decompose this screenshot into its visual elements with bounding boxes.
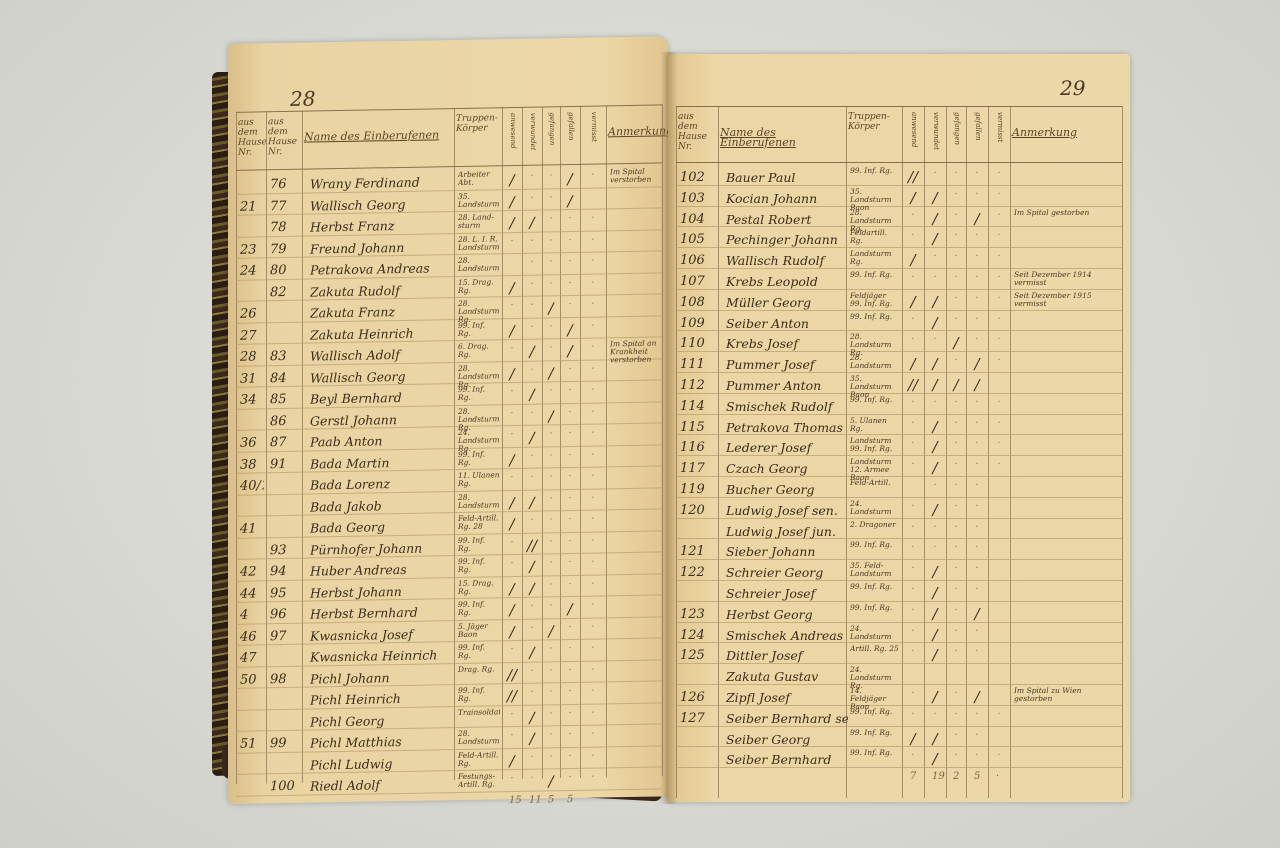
status-mark-c3: · [946,293,966,304]
status-mark-c2: · [522,257,542,268]
status-mark-c4: · [966,168,988,179]
status-mark-c3: · [946,626,966,637]
status-mark-c4: / [966,355,988,373]
cell-unit: 99. Inf. Rg. [850,749,900,757]
status-mark-c2: / [924,626,946,644]
status-mark-c4: · [966,272,988,283]
cell-house [270,693,300,694]
cell-house: 111 [680,357,716,372]
cell-unit: 11. Ulanen Rg. [458,471,500,488]
status-mark-c1: / [502,622,522,640]
cell-unit: 99. Inf. Rg. [458,686,500,703]
status-mark-c3: · [542,213,560,224]
status-mark-c3: · [946,730,966,741]
status-mark-c2: / [924,293,946,311]
status-mark-c3: · [542,278,560,289]
cell-unit: 28. Landsturm [458,256,500,273]
status-mark-c5: · [580,771,606,782]
status-mark-c3: · [542,579,560,590]
cell-house [270,757,300,758]
cell-name: Schreier Josef [726,586,848,601]
status-mark-c2: / [522,558,542,576]
cell-note [610,619,660,620]
status-mark-c2: / [522,429,542,447]
status-mark-c1: · [902,314,924,325]
status-mark-c5: · [988,709,1010,720]
status-mark-c5: · [580,578,606,589]
cell-house: 79 [270,241,300,257]
cell-margin: 26 [240,306,264,321]
status-mark-c5: · [988,293,1010,304]
status-mark-c1: · [902,688,924,699]
cell-name: Zakuta Franz [310,303,456,321]
status-mark-c2: · [924,397,946,408]
column-header-c5: vermisst [589,112,599,162]
cell-name: Kocian Johann [726,191,848,206]
cell-unit: Trainsoldat [458,708,500,717]
cell-margin: 31 [240,371,264,386]
cell-name: Wallisch Georg [310,368,456,386]
cell-unit: Arbeiter Abt. [458,170,500,187]
book-spine-gutter [660,52,678,804]
column-header-c3: gefangen [547,112,557,162]
cell-unit: 99. Inf. Rg. [458,557,500,574]
cell-name: Krebs Josef [726,336,848,351]
cell-unit: Feldartill. Rg. [850,229,900,245]
column-rule [266,111,267,783]
cell-name: Pummer Josef [726,357,848,372]
cell-unit: 24. Landsturm [850,500,900,516]
column-rule [236,112,237,784]
cell-unit: Feld-Artill. Rg. 28 [458,514,500,531]
status-mark-c1: / [502,751,522,769]
status-mark-c3: · [946,210,966,221]
cell-house: 86 [270,413,300,429]
cell-unit: 99. Inf. Rg. [850,604,900,612]
cell-name: Bada Lorenz [310,475,456,493]
cell-house: 98 [270,671,300,687]
cell-unit: 5. Jäger Baon [458,622,500,639]
status-mark-c4: · [560,492,580,503]
status-mark-c2: / [924,730,946,748]
status-mark-c3: · [542,600,560,611]
status-mark-c3: · [542,751,560,762]
status-mark-c5: · [988,314,1010,325]
status-mark-c1: · [902,397,924,408]
status-mark-c3: · [542,514,560,525]
status-mark-c5: · [988,168,1010,179]
status-mark-c1: · [902,438,924,449]
cell-name: Wallisch Adolf [310,346,456,364]
cell-house: 100 [270,779,300,795]
status-mark-c3: · [542,729,560,740]
column-rule [718,106,719,798]
column-total-c2: 11 [529,794,542,805]
cell-name: Pechinger Johann [726,232,848,247]
status-mark-c4: · [560,535,580,546]
status-mark-c3: / [946,334,966,352]
status-mark-c2: / [924,210,946,228]
status-mark-c1: · [502,300,522,311]
status-mark-c1: / [502,171,522,189]
status-mark-c1: / [502,515,522,533]
cell-unit: 99. Inf. Rg. [458,321,500,338]
status-mark-c2: / [522,730,542,748]
cell-margin: 23 [240,242,264,257]
status-mark-c1: · [902,563,924,574]
cell-unit: 28. Landsturm [458,729,500,746]
cell-name: Zakuta Heinrich [310,325,456,343]
status-mark-c2: / [522,708,542,726]
cell-unit: 99. Inf. Rg. [458,536,500,553]
status-mark-c4: · [966,542,988,553]
status-mark-c3: · [946,605,966,616]
status-mark-c1: · [902,709,924,720]
column-header-house_no: aus dem Hause Nr. [268,117,300,158]
status-mark-c4: · [560,256,580,267]
status-mark-c4: · [966,522,988,533]
column-rule [542,107,543,779]
cell-note [610,554,660,555]
status-mark-c3: · [542,643,560,654]
cell-unit: Feld-Artill. Rg. [458,751,500,768]
status-mark-c2: · [924,168,946,179]
status-mark-c3: · [946,272,966,283]
cell-name: Paab Anton [310,432,456,450]
cell-house: 85 [270,392,300,408]
cell-name: Pichl Johann [310,669,456,687]
status-mark-c2: / [924,230,946,248]
status-mark-c2: / [924,688,946,706]
cell-name: Riedl Adolf [310,776,456,794]
status-mark-c4: · [560,277,580,288]
status-mark-c1: · [502,644,522,655]
status-mark-c3: · [946,688,966,699]
status-mark-c1: / [502,450,522,468]
status-mark-c2: · [924,542,946,553]
status-mark-c4: · [560,557,580,568]
status-mark-c2: · [522,321,542,332]
status-mark-c3: · [946,251,966,262]
status-mark-c2: / [924,189,946,207]
status-mark-c3: · [946,418,966,429]
cell-margin: 38 [240,457,264,472]
cell-unit: 99. Inf. Rg. [850,583,900,591]
status-mark-c2: · [522,235,542,246]
status-mark-c5: · [580,363,606,374]
cell-house: 96 [270,607,300,623]
status-mark-c5: · [580,664,606,675]
status-mark-c5: · [580,492,606,503]
cell-note [610,726,660,727]
cell-name: Lederer Josef [726,440,848,455]
cell-unit: 28. Landsturm [458,493,500,510]
status-mark-c4: / [966,210,988,228]
status-mark-c3: / [542,622,560,640]
cell-name: Kwasnicka Josef [310,626,456,644]
cell-unit: Drag. Rg. [458,665,500,674]
cell-unit: Landsturm Rg. [850,250,900,266]
status-mark-c2: · [522,773,542,784]
status-mark-c2: / [924,646,946,664]
status-mark-c1: · [502,472,522,483]
cell-name: Bauer Paul [726,170,848,185]
status-mark-c1: / [502,364,522,382]
column-header-unit: Truppen-Körper [456,113,500,134]
cell-name: Huber Andreas [310,561,456,579]
cell-house: 116 [680,440,716,455]
status-mark-c3: · [542,471,560,482]
column-header-c3: gefangen [952,112,962,162]
cell-house: 99 [270,736,300,752]
status-mark-c1: / [902,189,924,207]
cell-unit: 2. Dragoner [850,521,900,529]
column-header-c4: gefallen [566,112,576,162]
column-total-c4: 5 [567,793,573,804]
cell-house: 106 [680,253,716,268]
cell-margin: 36 [240,435,264,450]
cell-unit: 99. Inf. Rg. [850,313,900,321]
cell-note [610,296,660,297]
status-mark-c3: · [542,536,560,547]
column-header-name: Name des Einberufenen [720,128,844,148]
cell-house: 78 [270,220,300,236]
cell-name: Sieber Johann [726,544,848,559]
status-mark-c4: / [560,191,580,209]
cell-margin: 44 [240,586,264,601]
page-number-right: 29 [1060,76,1085,100]
cell-name: Herbst Bernhard [310,604,456,622]
status-mark-c2: · [522,687,542,698]
status-mark-c1: / [502,321,522,339]
cell-name: Wallisch Rudolf [726,253,848,268]
status-mark-c4: · [560,578,580,589]
cell-house [270,499,300,500]
status-mark-c1: · [902,542,924,553]
cell-name: Bada Martin [310,454,456,472]
status-mark-c1: · [502,343,522,354]
cell-house: 114 [680,399,716,414]
status-mark-c4: · [560,299,580,310]
status-mark-c1: // [502,687,522,705]
cell-name: Ludwig Josef sen. [726,503,848,518]
status-mark-c3: · [542,170,560,181]
status-mark-c2: / [522,386,542,404]
status-mark-c1: · [502,536,522,547]
status-mark-c4: · [560,449,580,460]
status-mark-c3: / [542,772,560,790]
status-mark-c3: · [946,709,966,720]
cell-unit: 28. L. I. R. Landsturm [458,235,500,252]
cell-margin: 50 [240,672,264,687]
cell-name: Petrakova Andreas [310,260,456,278]
status-mark-c1: / [502,278,522,296]
cell-house: 77 [270,198,300,214]
cell-note: Im Spital zu Wien gestorben [1014,687,1120,703]
cell-name: Bucher Georg [726,482,848,497]
cell-house [270,650,300,651]
cell-house: 94 [270,564,300,580]
cell-note [610,382,660,383]
cell-note [610,318,660,319]
status-mark-c1: · [902,418,924,429]
status-mark-c1: · [502,386,522,397]
status-mark-c5: · [580,599,606,610]
cell-house: 95 [270,585,300,601]
status-mark-c5: · [580,728,606,739]
status-mark-c1: / [502,601,522,619]
cell-note [610,597,660,598]
status-mark-c1: / [902,293,924,311]
status-mark-c1: · [502,407,522,418]
cell-unit: Feld-Artill. [850,479,900,487]
status-mark-c5: · [580,255,606,266]
left-page: 28 aus dem Hause Nr.aus dem Hause Nr.Nam… [228,36,668,804]
status-mark-c3: · [946,646,966,657]
status-mark-c2: / [924,563,946,581]
status-mark-c3: · [946,750,966,761]
status-mark-c2: / [522,644,542,662]
cell-note [610,683,660,684]
column-header-c1: anwesend [508,113,518,163]
status-mark-c4: · [560,772,580,783]
status-mark-c5: · [580,621,606,632]
column-header-c5: vermisst [995,112,1005,162]
status-mark-c2: · [522,515,542,526]
status-mark-c1: · [902,501,924,512]
cell-name: Herbst Franz [310,217,456,235]
status-mark-c2: / [924,376,946,394]
status-mark-c5: · [580,406,606,417]
column-total-c4: 5 [974,771,980,782]
status-mark-c4: / [560,320,580,338]
status-mark-c1: / [902,355,924,373]
status-mark-c1: // [902,168,924,186]
cell-name: Zakuta Gustav [726,669,848,684]
status-mark-c5: · [580,685,606,696]
status-mark-c2: / [924,605,946,623]
status-mark-c5: · [580,513,606,524]
status-mark-c4: / [966,688,988,706]
cell-note: Im Spital verstorben [610,167,660,184]
status-mark-c2: / [522,579,542,597]
status-mark-c2: / [924,355,946,373]
cell-name: Pummer Anton [726,378,848,393]
cell-note: Seit Dezember 1914 vermisst [1014,271,1120,287]
status-mark-c5: · [580,556,606,567]
status-mark-c4: · [966,438,988,449]
status-mark-c3: · [946,563,966,574]
cell-house: 76 [270,177,300,193]
status-mark-c1: · [902,605,924,616]
status-mark-c5: · [580,277,606,288]
status-mark-c1: / [502,579,522,597]
cell-margin: 21 [240,199,264,214]
status-mark-c2: / [924,418,946,436]
status-mark-c3: · [946,168,966,179]
status-mark-c4: · [560,514,580,525]
status-mark-c3: · [946,459,966,470]
status-mark-c2: · [924,251,946,262]
status-mark-c5: · [988,355,1010,366]
cell-unit: 99. Inf. Rg. [458,600,500,617]
status-mark-c4: · [966,397,988,408]
cell-note [610,275,660,276]
status-mark-c4: · [966,334,988,345]
column-rule [1010,106,1011,798]
cell-unit: 99. Inf. Rg. [850,396,900,404]
cell-note [610,662,660,663]
status-mark-c5: · [988,418,1010,429]
cell-margin: 34 [240,392,264,407]
cell-house: 104 [680,212,716,227]
status-mark-c4: / [560,600,580,618]
status-mark-c3: · [946,314,966,325]
cell-name: Pichl Heinrich [310,690,456,708]
status-mark-c4: · [966,230,988,241]
cell-house: 103 [680,191,716,206]
column-total-c5: · [996,771,999,782]
cell-name: Kwasnicka Heinrich [310,647,456,665]
status-mark-c5: · [988,750,1010,761]
status-mark-c4: · [966,750,988,761]
status-mark-c4: · [560,707,580,718]
cell-house: 83 [270,349,300,365]
cell-note: Seit Dezember 1915 vermisst [1014,292,1120,308]
cell-house: 105 [680,232,716,247]
cell-note [610,253,660,254]
cell-unit: 28. Land-sturm [458,213,500,230]
status-mark-c2: · [522,192,542,203]
cell-name: Seiber Bernhard sen. [726,711,848,726]
cell-name: Herbst Johann [310,583,456,601]
status-mark-c3: · [946,522,966,533]
cell-house [270,714,300,715]
cell-unit: 15. Drag. Rg. [458,278,500,295]
cell-note: Im Spital gestorben [1014,209,1120,217]
status-mark-c2: · [924,522,946,533]
column-header-remarks: Anmerkung [608,126,660,137]
cell-house: 120 [680,503,716,518]
column-header-c2: verwundet [528,113,538,163]
cell-unit: Landsturm 99. Inf. Rg. [850,437,900,453]
cell-note [610,189,660,190]
cell-note [610,533,660,534]
cell-house: 125 [680,648,716,663]
column-header-remarks: Anmerkung [1012,128,1120,138]
status-mark-c4: · [560,471,580,482]
status-mark-c1: · [902,334,924,345]
status-mark-c5: · [580,169,606,180]
cell-note [610,640,660,641]
cell-margin: 40/1 [240,478,264,493]
cell-unit: Festungs-Artill. Rg. [458,772,500,789]
cell-house: 122 [680,565,716,580]
column-header-margin_col: aus dem Hause Nr. [238,117,264,157]
cell-name: Gerstl Johann [310,411,456,429]
column-total-c3: 5 [548,794,554,805]
cell-margin: 51 [240,736,264,751]
status-mark-c3: · [542,385,560,396]
cell-name: Zakuta Rudolf [310,282,456,300]
status-mark-c1: · [902,646,924,657]
cell-house: 97 [270,628,300,644]
status-mark-c5: · [988,251,1010,262]
cell-unit: 99. Inf. Rg. [850,167,900,175]
status-mark-c1: · [502,773,522,784]
right-page: 29 aus dem Hause Nr.Name des Einberufene… [668,54,1130,802]
status-mark-c3: · [946,189,966,200]
